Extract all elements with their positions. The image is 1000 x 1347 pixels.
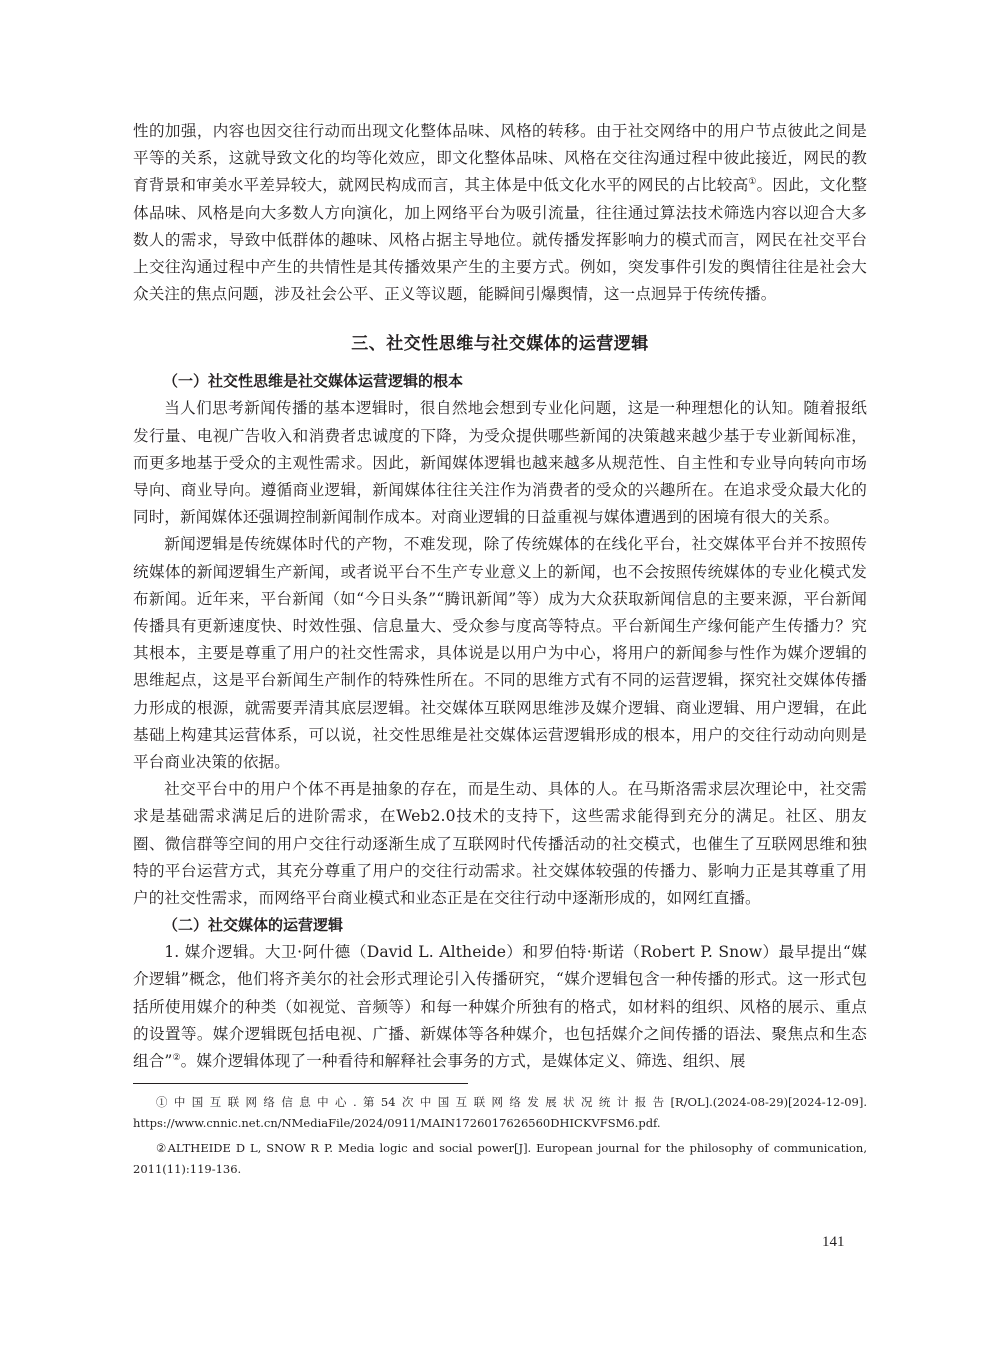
footnote-2: ②ALTHEIDE D L, SNOW R P. Media logic and… (133, 1138, 867, 1180)
section-title: 三、社交性思维与社交媒体的运营逻辑 (133, 330, 867, 358)
paragraph: 新闻逻辑是传统媒体时代的产物，不难发现，除了传统媒体的在线化平台，社交媒体平台并… (133, 531, 867, 776)
page-number: 141 (822, 1234, 845, 1251)
paragraph-text-rest: 。媒介逻辑体现了一种看待和解释社会事务的方式，是媒体定义、筛选、组织、展 (181, 1052, 746, 1070)
subsection-title-1: （一）社交性思维是社交媒体运营逻辑的根本 (133, 368, 867, 395)
footnote-ref-1[interactable]: ① (748, 177, 756, 187)
page-body: 性的加强，内容也因交往行动而出现文化整体品味、风格的转移。由于社交网络中的用户节… (133, 118, 867, 1184)
paragraph: 社交平台中的用户个体不再是抽象的存在，而是生动、具体的人。在马斯洛需求层次理论中… (133, 776, 867, 912)
footnote-divider (133, 1083, 468, 1084)
paragraph-text-rest: 。因此，文化整体品味、风格是向大多数人方向演化，加上网络平台为吸引流量，往往通过… (133, 176, 867, 303)
footnote-1: ①中国互联网络信息中心.第54次中国互联网络发展状况统计报告[R/OL].(20… (133, 1092, 867, 1134)
paragraph-continued: 性的加强，内容也因交往行动而出现文化整体品味、风格的转移。由于社交网络中的用户节… (133, 118, 867, 308)
paragraph-media-logic: 1. 媒介逻辑。大卫·阿什德（David L. Altheide）和罗伯特·斯诺… (133, 939, 867, 1075)
paragraph: 当人们思考新闻传播的基本逻辑时，很自然地会想到专业化问题，这是一种理想化的认知。… (133, 395, 867, 531)
subsection-title-2: （二）社交媒体的运营逻辑 (133, 912, 867, 939)
footnote-ref-2[interactable]: ② (172, 1053, 180, 1063)
